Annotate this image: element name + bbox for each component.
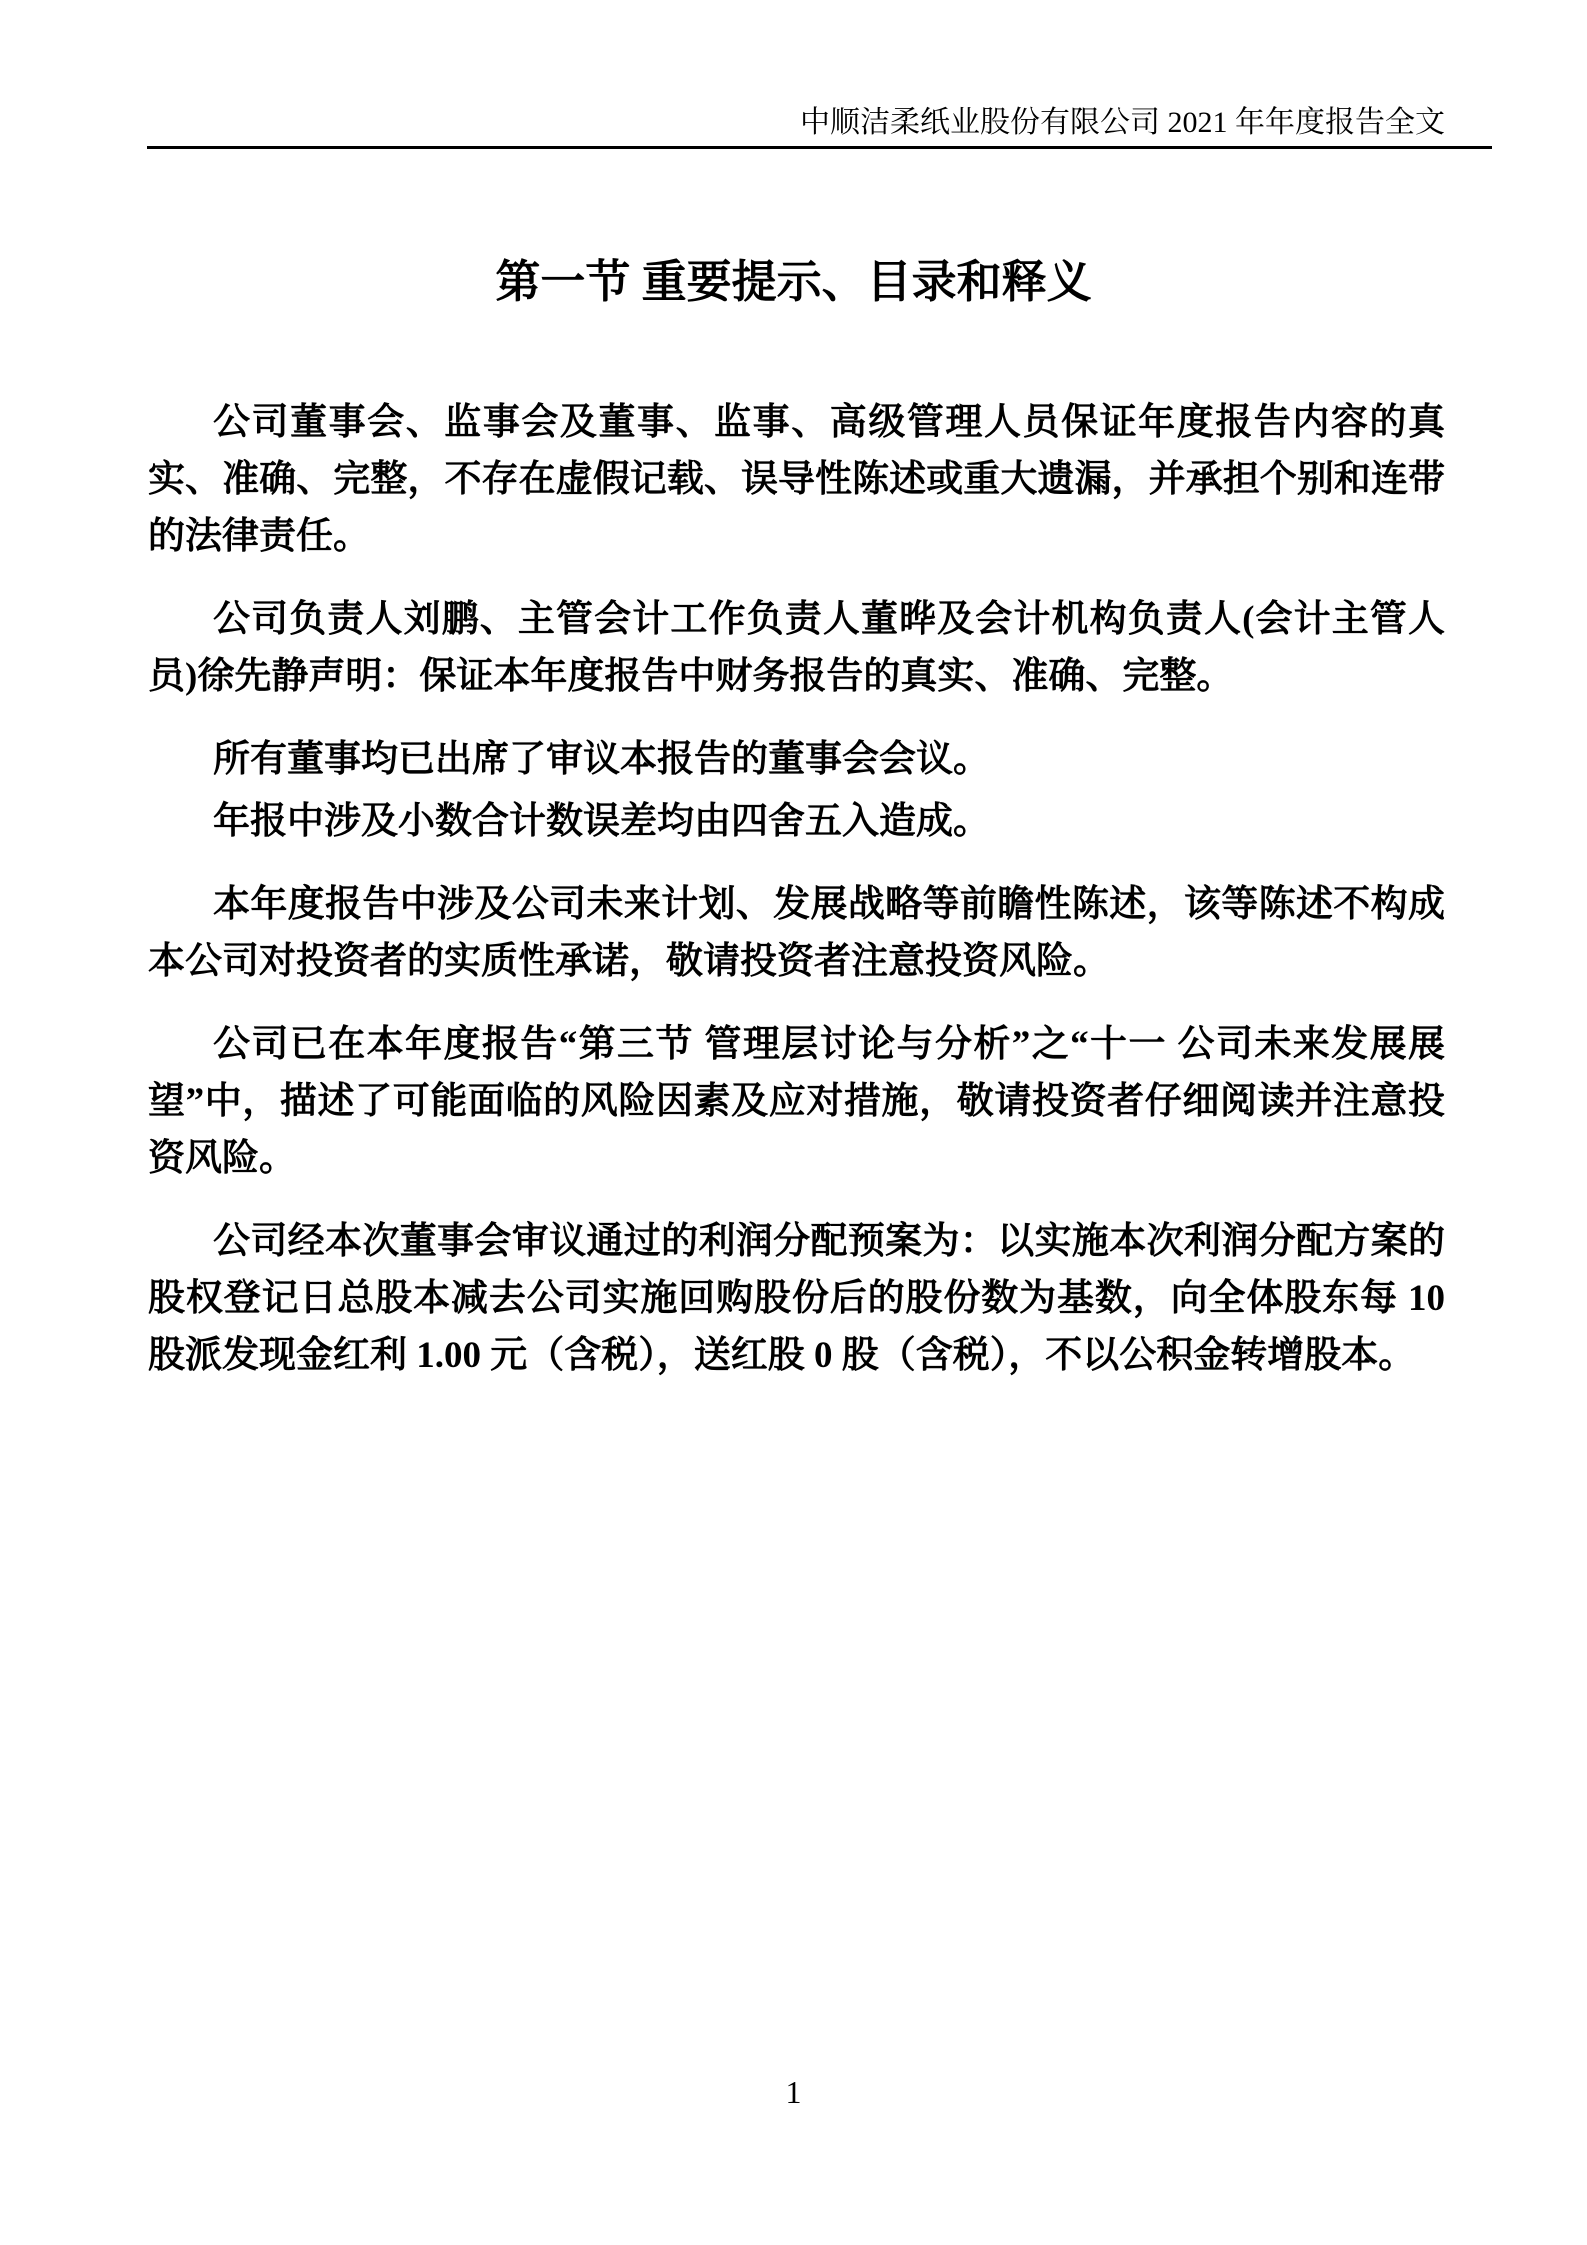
- paragraph-responsible-persons: 公司负责人刘鹏、主管会计工作负责人董晔及会计机构负责人(会计主管人员)徐先静声明…: [148, 591, 1445, 705]
- paragraph-risk-reference: 公司已在本年度报告“第三节 管理层讨论与分析”之“十一 公司未来发展展望”中，描…: [148, 1016, 1445, 1187]
- document-body: 公司董事会、监事会及董事、监事、高级管理人员保证年度报告内容的真实、准确、完整，…: [148, 394, 1445, 1410]
- header-text: 中顺洁柔纸业股份有限公司 2021 年年度报告全文: [800, 106, 1445, 139]
- paragraph-rounding-note: 年报中涉及小数合计数误差均由四舍五入造成。: [148, 793, 1445, 850]
- paragraph-directors-attendance: 所有董事均已出席了审议本报告的董事会会议。: [148, 731, 1445, 788]
- document-page: 中顺洁柔纸业股份有限公司 2021 年年度报告全文 第一节 重要提示、目录和释义…: [0, 0, 1587, 2245]
- page-number: 1: [786, 2074, 802, 2110]
- paragraph-forward-looking: 本年度报告中涉及公司未来计划、发展战略等前瞻性陈述，该等陈述不构成本公司对投资者…: [148, 876, 1445, 990]
- paragraph-profit-distribution: 公司经本次董事会审议通过的利润分配预案为：以实施本次利润分配方案的股权登记日总股…: [148, 1213, 1445, 1384]
- section-title: 第一节 重要提示、目录和释义: [0, 252, 1587, 312]
- header-rule: [147, 146, 1492, 149]
- page-footer: 1: [0, 2072, 1587, 2112]
- paragraph-board-assurance: 公司董事会、监事会及董事、监事、高级管理人员保证年度报告内容的真实、准确、完整，…: [148, 394, 1445, 565]
- page-header: 中顺洁柔纸业股份有限公司 2021 年年度报告全文: [147, 103, 1445, 143]
